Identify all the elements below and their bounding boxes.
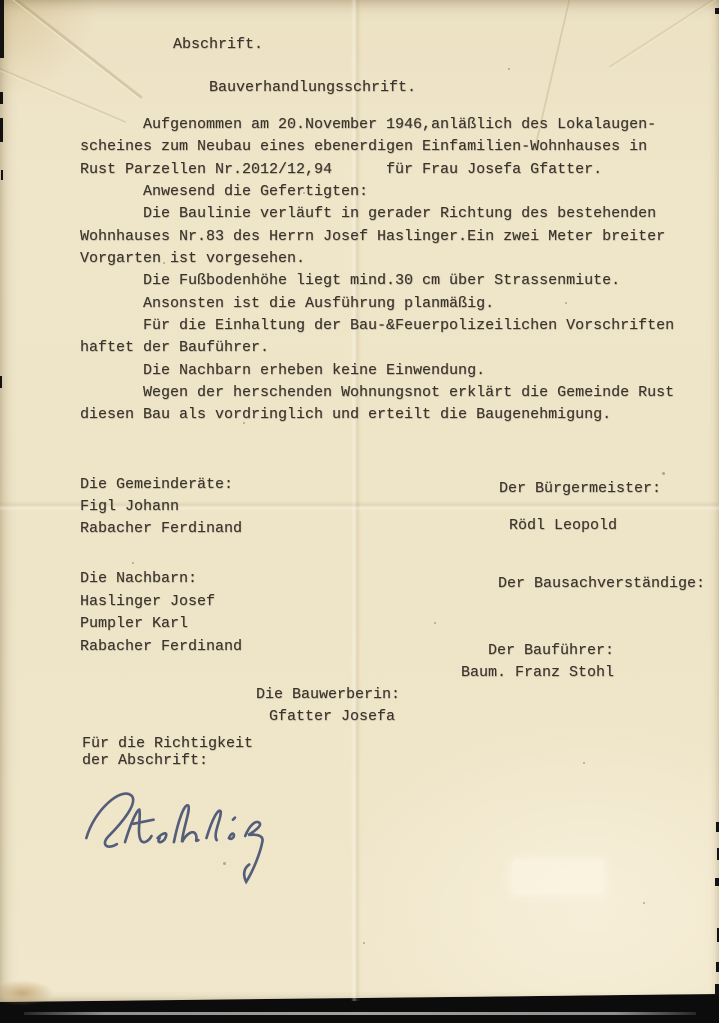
paper-speck xyxy=(662,472,665,475)
paper-stain xyxy=(0,980,54,1006)
neighbors-heading: Die Nachbarn: xyxy=(80,568,197,590)
council-heading: Die Gemeinderäte: xyxy=(80,474,233,496)
certification-line: der Abschrift: xyxy=(82,752,208,770)
scan-artifact xyxy=(715,8,719,14)
paper-speck xyxy=(643,902,645,904)
scan-artifact xyxy=(715,878,719,886)
scan-artifact xyxy=(715,984,719,996)
scan-artifact xyxy=(0,92,3,104)
council-name: Figl Johann xyxy=(80,496,179,518)
council-name: Rabacher Ferdinand xyxy=(80,518,242,540)
paper-speck xyxy=(434,622,436,624)
paper-speck xyxy=(583,762,585,764)
handwritten-signature-icon xyxy=(80,779,335,891)
body-text: Aufgenommen am 20.November 1946,anläßlic… xyxy=(80,114,674,427)
mayor-heading: Der Bürgermeister: xyxy=(499,478,661,500)
scan-artifact xyxy=(1,170,3,180)
paper-speck xyxy=(508,68,510,70)
paper-speck xyxy=(132,562,134,564)
mayor-name: Rödl Leopold xyxy=(509,515,617,537)
expert-heading: Der Bausachverständige: xyxy=(498,573,705,595)
scan-artifact xyxy=(0,0,4,58)
scanner-strip xyxy=(24,1012,696,1015)
neighbor-name: Rabacher Ferdinand xyxy=(80,636,242,658)
site-manager-heading: Der Bauführer: xyxy=(488,640,614,662)
document-title: Bauverhandlungsschrift. xyxy=(209,77,416,99)
neighbor-name: Haslinger Josef xyxy=(80,591,215,613)
scan-artifact xyxy=(0,118,3,142)
copy-label: Abschrift. xyxy=(173,34,263,56)
site-manager-name: Baum. Franz Stohl xyxy=(461,662,614,684)
applicant-name: Gfatter Josefa xyxy=(269,706,395,728)
scan-artifact xyxy=(0,376,2,388)
scanned-document: Abschrift. Bauverhandlungsschrift. Aufge… xyxy=(0,0,719,1023)
applicant-heading: Die Bauwerberin: xyxy=(256,684,400,706)
light-patch xyxy=(512,860,604,894)
certification-line: Für die Richtigkeit xyxy=(82,735,253,753)
neighbor-name: Pumpler Karl xyxy=(80,613,188,635)
paper-speck xyxy=(363,942,365,944)
